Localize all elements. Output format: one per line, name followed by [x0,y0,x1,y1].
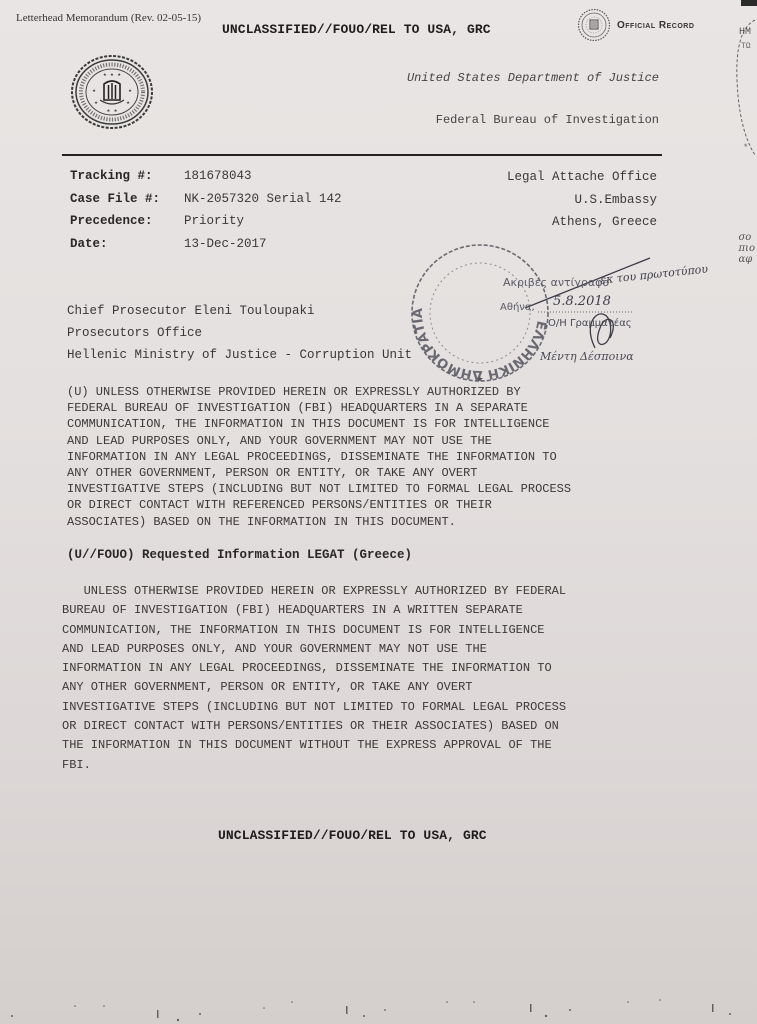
copier-specks [0,984,757,1024]
department-name: United States Department of Justice [407,71,659,85]
text-line: COMMUNICATION, THE INFORMATION IN THIS D… [67,416,571,432]
underlying-page-notes: σο πιο αφ [738,232,755,265]
meta-row-precedence: Precedence: Priority [70,210,342,233]
text-line: (U) UNLESS OTHERWISE PROVIDED HEREIN OR … [67,384,571,400]
stamp-strike-icon [405,238,725,388]
office-line: Athens, Greece [507,211,657,234]
form-revision: Letterhead Memorandum (Rev. 02-05-15) [16,12,201,24]
svg-text:*: * [743,143,748,153]
edge-note: πιο [738,243,755,254]
stamp-city: Αθήνα, [500,302,535,313]
recipient-office: Prosecutors Office [67,322,412,344]
svg-text:★: ★ [94,99,98,106]
text-line: INVESTIGATIVE STEPS (INCLUDING BUT NOT L… [62,698,566,717]
svg-text:★ ★ ★: ★ ★ ★ [103,71,121,78]
text-line: COMMUNICATION, THE INFORMATION IN THIS D… [62,621,566,640]
meta-label: Case File #: [70,192,184,206]
text-line: ASSOCIATES) BASED ON THE INFORMATION IN … [67,514,571,530]
edge-note: αφ [738,254,755,265]
stamp-signer: Μέντη Δέσποινα [540,350,634,363]
text-line: INFORMATION IN ANY LEGAL PROCEEDINGS, DI… [62,659,566,678]
text-line: BUREAU OF INVESTIGATION (FBI) HEADQUARTE… [62,601,566,620]
office-line: Legal Attache Office [507,166,657,189]
official-record-mark: Official Record [577,8,694,42]
svg-text:★: ★ [126,99,130,106]
memorandum-page: Letterhead Memorandum (Rev. 02-05-15) UN… [0,0,757,1024]
text-line: ANY OTHER GOVERNMENT, PERSON OR ENTITY, … [67,465,571,481]
svg-text:★: ★ [92,87,96,94]
bureau-name: Federal Bureau of Investigation [436,113,659,127]
classification-header: UNCLASSIFIED//FOUO/REL TO USA, GRC [222,22,491,37]
case-file-number: NK-2057320 Serial 142 [184,192,342,206]
underlying-page-stamp-icon: ΗΜ ΤΩ * [731,0,757,170]
office-line: U.S.Embassy [507,189,657,212]
text-line: ANY OTHER GOVERNMENT, PERSON OR ENTITY, … [62,678,566,697]
text-line: AND LEAD PURPOSES ONLY, AND YOUR GOVERNM… [67,433,571,449]
fbi-seal-icon: ★ ★ ★ ★ ★ ★ ★ ★ ★ [70,54,154,130]
disclaimer-paragraph: (U) UNLESS OTHERWISE PROVIDED HEREIN OR … [67,384,571,530]
meta-label: Date: [70,237,184,251]
fbi-seal: ★ ★ ★ ★ ★ ★ ★ ★ ★ [70,54,154,135]
meta-label: Tracking #: [70,169,184,183]
classification-footer: UNCLASSIFIED//FOUO/REL TO USA, GRC [218,828,487,843]
meta-label: Precedence: [70,214,184,228]
recipient-block: Chief Prosecutor Eleni Touloupaki Prosec… [67,300,412,366]
tracking-number: 181678043 [184,169,252,183]
memo-metadata: Tracking #: 181678043 Case File #: NK-20… [70,165,342,255]
text-line: FEDERAL BUREAU OF INVESTIGATION (FBI) HE… [67,400,571,416]
svg-text:★: ★ [128,87,132,94]
text-line: FBI. [62,756,566,775]
meta-row-case-file: Case File #: NK-2057320 Serial 142 [70,188,342,211]
sender-office: Legal Attache Office U.S.Embassy Athens,… [507,166,657,234]
fbi-seal-small-icon [577,8,611,42]
header-divider [62,154,662,156]
body-paragraph: UNLESS OTHERWISE PROVIDED HEREIN OR EXPR… [62,582,566,775]
stamp-date: 5.8.2018 [553,294,611,309]
meta-row-tracking: Tracking #: 181678043 [70,165,342,188]
text-line: THE INFORMATION IN THIS DOCUMENT WITHOUT… [62,736,566,755]
recipient-name: Chief Prosecutor Eleni Touloupaki [67,300,412,322]
certification-stamp: ΕΛΛΗΝΙΚΗ ΔΗΜΟΚΡΑΤΙΑ ★ Ακριβές αντίγραφο … [405,238,725,388]
text-line: OR DIRECT CONTACT WITH PERSONS/ENTITIES … [62,717,566,736]
edge-note: σο [738,232,755,243]
text-line: AND LEAD PURPOSES ONLY, AND YOUR GOVERNM… [62,640,566,659]
svg-text:ΗΜ: ΗΜ [739,27,751,38]
subject-heading: (U//FOUO) Requested Information LEGAT (G… [67,548,412,562]
text-line: INVESTIGATIVE STEPS (INCLUDING BUT NOT L… [67,481,571,497]
meta-row-date: Date: 13-Dec-2017 [70,233,342,256]
memo-date: 13-Dec-2017 [184,237,267,251]
recipient-ministry: Hellenic Ministry of Justice - Corruptio… [67,344,412,366]
text-line: OR DIRECT CONTACT WITH REFERENCED PERSON… [67,497,571,513]
svg-text:ΤΩ: ΤΩ [741,42,751,51]
text-line: INFORMATION IN ANY LEGAL PROCEEDINGS, DI… [67,449,571,465]
stamp-certified-copy: Ακριβές αντίγραφο [503,276,609,289]
svg-text:★ ★: ★ ★ [107,107,118,114]
precedence-value: Priority [184,214,244,228]
text-line: UNLESS OTHERWISE PROVIDED HEREIN OR EXPR… [62,582,566,601]
official-record-label: Official Record [617,20,694,31]
stamp-role: Ο/Η Γραμματέας [548,318,632,329]
